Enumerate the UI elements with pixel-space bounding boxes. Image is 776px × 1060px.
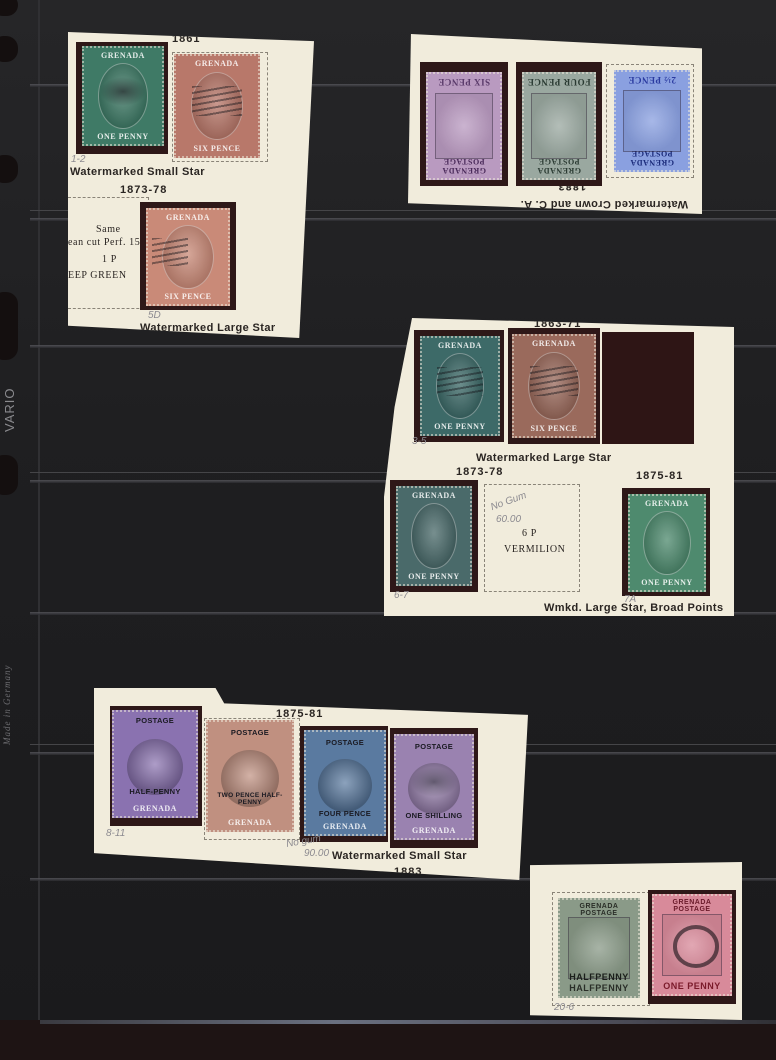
stamp-one-penny-carmine[interactable]: GRENADA POSTAGE ONE PENNY: [652, 894, 732, 996]
watermark-caption: Watermarked Small Star: [332, 850, 467, 862]
year-label: 1875-81: [636, 470, 683, 482]
stamp-six-pence-lilac[interactable]: GRENADA POSTAGE SIX PENCE: [426, 72, 502, 180]
stamp-six-pence-brown[interactable]: GRENADA SIX PENCE: [512, 334, 596, 438]
cancellation-mark: [411, 767, 457, 798]
empty-space-text: EEP GREEN: [68, 270, 127, 281]
pencil-note: 90.00: [304, 848, 329, 859]
empty-stamp-mount: [602, 332, 694, 444]
stamp-one-penny-slate[interactable]: GRENADA ONE PENNY: [396, 486, 472, 586]
empty-space-text: 1 P: [102, 254, 117, 265]
pencil-note: 60.00: [496, 514, 521, 525]
cancellation-mark: [152, 238, 188, 266]
catalog-note: 20-6: [554, 1002, 574, 1013]
catalog-note: 8-11: [106, 828, 125, 839]
stamp-four-pence-grey[interactable]: GRENADA POSTAGE FOUR PENCE: [522, 72, 596, 180]
stockbook-bottom-band: [0, 1020, 776, 1060]
empty-space-text: VERMILION: [504, 544, 566, 555]
stamp-one-penny-blue-green[interactable]: GRENADA ONE PENNY: [420, 336, 500, 436]
album-fragment-bottom-right: GRENADA POSTAGE HALFPENNY HALFPENNY GREN…: [530, 862, 742, 1020]
binder-hole: [0, 0, 18, 16]
stockbook-side-text: Made in Germany: [2, 665, 12, 745]
empty-space-text: ean cut Perf. 15: [68, 237, 140, 248]
album-fragment-bottom-left: 1875-81 POSTAGE HALF-PENNY GRENADA POSTA…: [94, 688, 528, 880]
album-fragment-middle-right: 1863-71 GRENADA ONE PENNY GRENADA SIX PE…: [384, 318, 734, 616]
binder-hole: [0, 455, 18, 495]
watermark-caption: Wmkd. Large Star, Broad Points: [544, 602, 723, 614]
stamp-two-pence-half-penny[interactable]: POSTAGE TWO PENCE HALF-PENNY GRENADA: [206, 720, 294, 832]
watermark-caption: Watermarked Crown and C. A.: [520, 198, 688, 210]
stamp-six-pence-red[interactable]: GRENADA SIX PENCE: [174, 54, 260, 158]
watermark-caption: Watermarked Large Star: [476, 452, 612, 464]
binder-hole: [0, 155, 18, 183]
cancellation-mark: [437, 367, 483, 396]
cancellation-mark: [100, 77, 147, 106]
stockbook-brand: VARIO: [2, 388, 17, 433]
empty-space-text: 6 P: [522, 528, 537, 539]
stamp-half-penny-violet[interactable]: POSTAGE HALF-PENNY GRENADA: [112, 710, 198, 818]
stamp-halfpenny-surcharge[interactable]: GRENADA POSTAGE HALFPENNY HALFPENNY: [558, 898, 640, 998]
binder-hole: [0, 292, 18, 360]
album-fragment-top-right-inverted: Watermarked Crown and C. A. 1883 GRENADA…: [408, 34, 702, 214]
watermark-caption: Watermarked Small Star: [70, 166, 205, 178]
stamp-six-pence-large-star[interactable]: GRENADA SIX PENCE: [146, 208, 230, 306]
catalog-note: 5D: [148, 310, 161, 321]
catalog-note: 6-7: [394, 590, 408, 601]
stamp-one-penny-broad-points[interactable]: GRENADA ONE PENNY: [628, 494, 706, 592]
cancellation-mark: [192, 86, 241, 116]
stamp-four-pence-blue[interactable]: POSTAGE FOUR PENCE GRENADA: [304, 730, 386, 836]
year-label: 1873-78: [456, 466, 503, 478]
stamp-one-penny-green[interactable]: GRENADA ONE PENNY: [82, 46, 164, 146]
catalog-note: 3-5: [412, 436, 426, 447]
binding-line: [38, 0, 40, 1060]
cancellation-mark: [530, 366, 578, 396]
stamp-two-half-pence-blue[interactable]: GRENADA POSTAGE 2½ PENCE: [614, 70, 690, 172]
year-label: 1873-78: [120, 184, 167, 196]
album-fragment-top-left: 1861 GRENADA ONE PENNY GRENADA SIX PENCE…: [68, 32, 314, 338]
empty-space-text: Same: [96, 224, 121, 235]
catalog-note: 1-2: [71, 154, 85, 165]
stamp-one-shilling-lilac[interactable]: POSTAGE ONE SHILLING GRENADA: [394, 734, 474, 840]
cancellation-mark: [673, 925, 719, 967]
binder-hole: [0, 36, 18, 62]
